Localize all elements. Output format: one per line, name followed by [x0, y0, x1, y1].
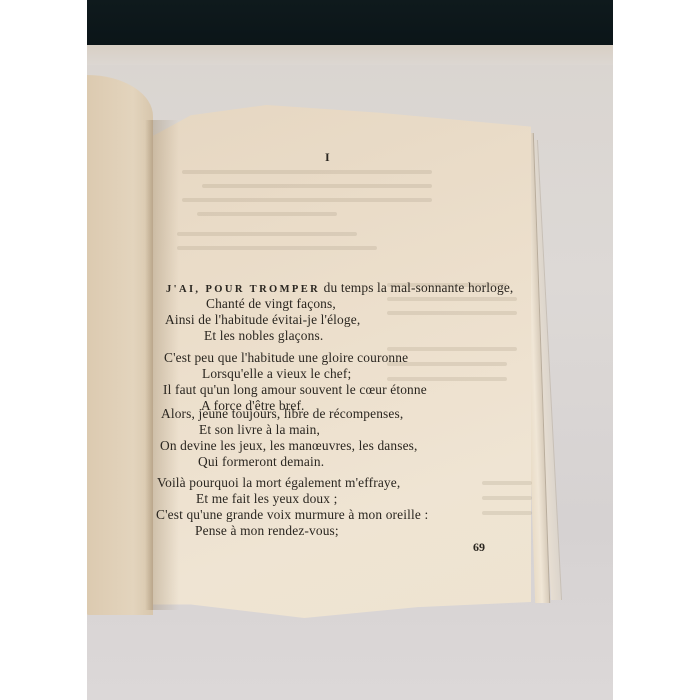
show-through-text [197, 212, 337, 216]
poem-line: Il faut qu'un long amour souvent le cœur… [163, 382, 427, 398]
opening-smallcaps: J'AI, POUR TROMPER [166, 284, 320, 295]
poem-line: On devine les jeux, les manœuvres, les d… [160, 438, 418, 454]
poem-line: Ainsi de l'habitude évitai-je l'éloge, [165, 312, 360, 328]
poem-line: Pense à mon rendez-vous; [195, 523, 339, 539]
show-through-text [182, 198, 432, 202]
poem-line: Et les nobles glaçons. [204, 328, 323, 344]
show-through-text [482, 481, 532, 485]
show-through-text [482, 511, 532, 515]
dark-background-band [87, 0, 613, 45]
poem-line: Alors, jeune toujours, libre de récompen… [161, 406, 403, 422]
poem-line: C'est peu que l'habitude une gloire cour… [164, 350, 408, 366]
poem-line: C'est qu'une grande voix murmure à mon o… [156, 507, 428, 523]
poem-line: Chanté de vingt façons, [206, 296, 336, 312]
section-numeral: I [325, 150, 330, 165]
poem-line: Qui formeront demain. [198, 454, 324, 470]
opening-line-rest: du temps la mal-sonnante horloge, [320, 280, 513, 295]
show-through-text [177, 232, 357, 236]
show-through-text [177, 246, 377, 250]
show-through-text [387, 377, 507, 381]
poem-line: Et son livre à la main, [199, 422, 320, 438]
poem-line: Lorsqu'elle a vieux le chef; [202, 366, 351, 382]
poem-line: Voilà pourquoi la mort également m'effra… [157, 475, 400, 491]
poem-line: Et me fait les yeux doux ; [196, 491, 338, 507]
wall-edge [87, 45, 613, 65]
show-through-text [202, 184, 432, 188]
page-number: 69 [473, 540, 485, 555]
left-page-shadow [145, 120, 153, 610]
left-page [87, 75, 153, 615]
show-through-text [387, 311, 517, 315]
show-through-text [482, 496, 532, 500]
show-through-text [182, 170, 432, 174]
